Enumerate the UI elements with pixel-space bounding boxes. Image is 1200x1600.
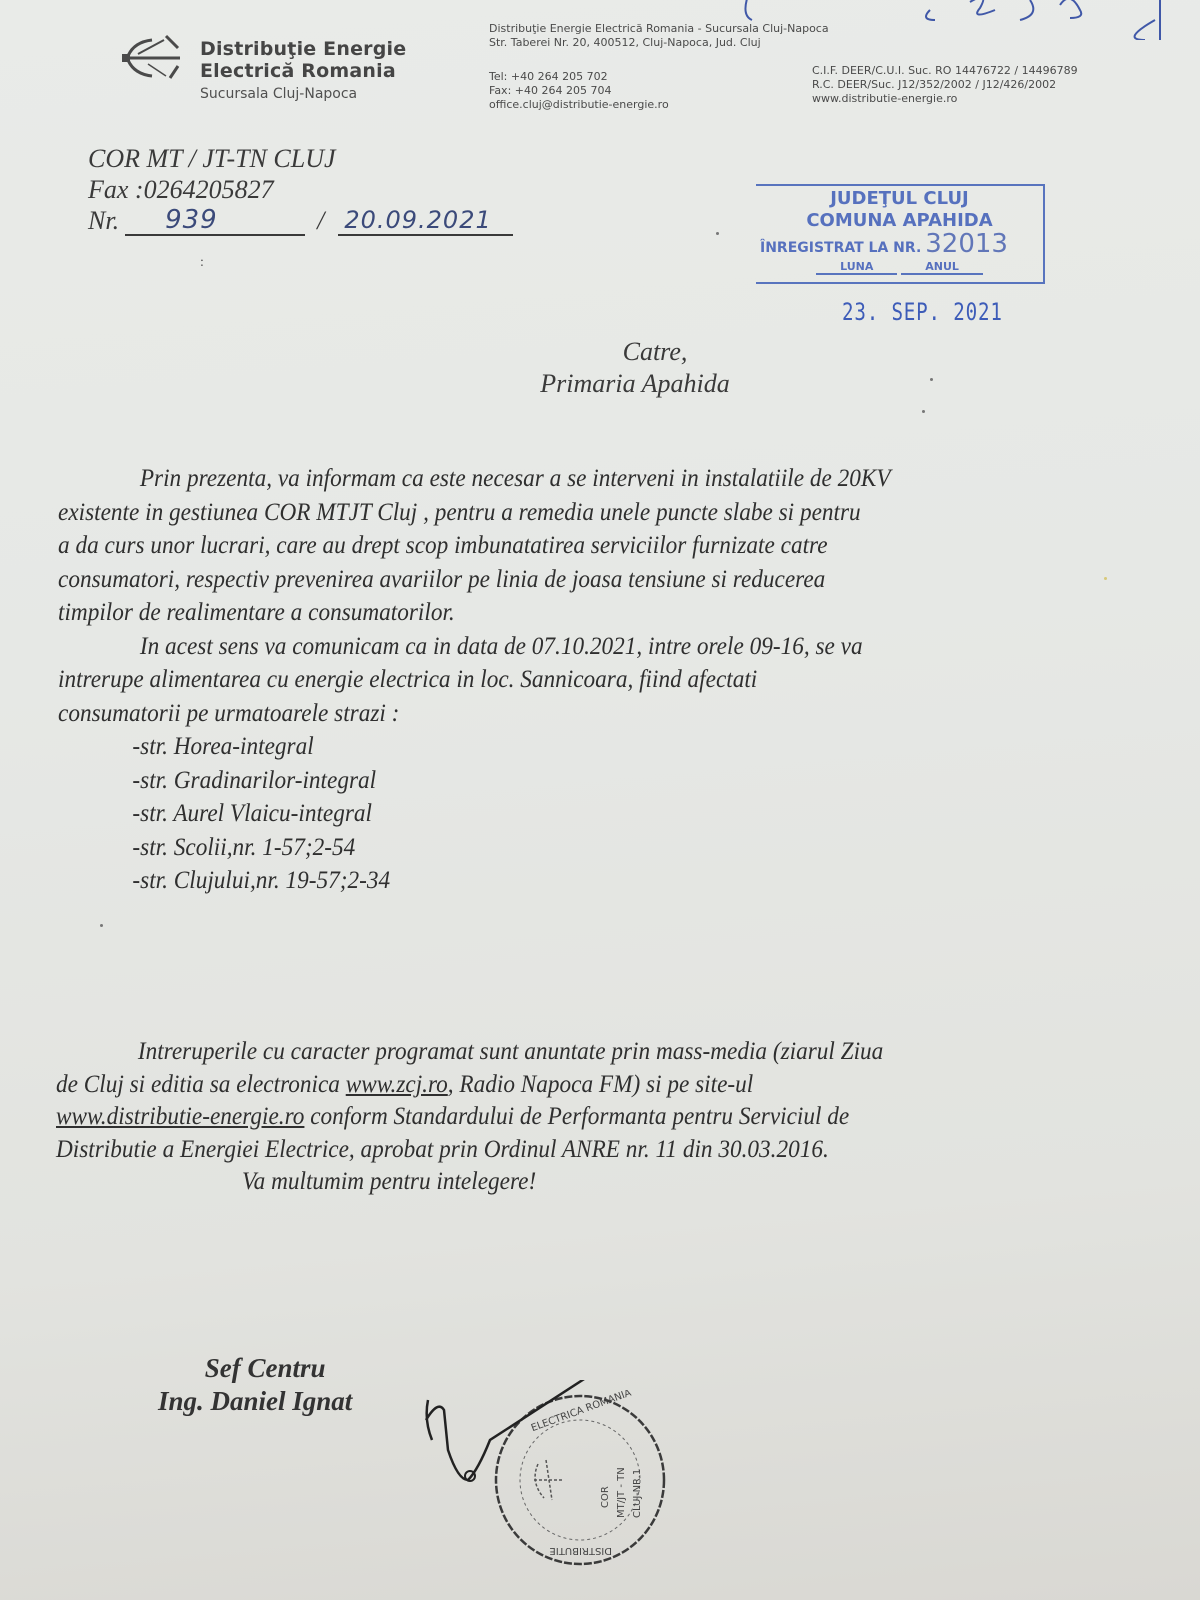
stray-mark: : [200, 255, 204, 271]
signer-name: Ing. Daniel Ignat [158, 1385, 352, 1418]
body-p3-line: Intreruperile cu caracter programat sunt… [56, 1036, 1126, 1069]
addressee-salutation: Catre, [505, 336, 765, 368]
company-website: www.distributie-energie.ro [812, 92, 1078, 106]
stamp-registered-label: ÎNREGISTRAT LA NR. [760, 240, 921, 256]
company-fax: Fax: +40 264 205 704 [489, 84, 669, 98]
speck [922, 410, 925, 413]
reference-nr-value: 939 [165, 205, 218, 236]
street-list-item: -str. Gradinarilor-integral [58, 764, 1128, 798]
company-full-name: Distribuţie Energie Electrică Romania - … [489, 22, 829, 36]
street-list-item: -str. Aurel Vlaicu-integral [58, 797, 1128, 831]
speck [1104, 577, 1107, 580]
stamp-registered-line: ÎNREGISTRAT LA NR.32013 [756, 232, 1043, 260]
link-distributie-energie[interactable]: www.distributie-energie.ro [56, 1103, 304, 1130]
body-p3-line: Distributie a Energiei Electrice, aproba… [56, 1134, 1126, 1167]
company-cif: C.I.F. DEER/C.U.I. Suc. RO 14476722 / 14… [812, 64, 1078, 78]
company-logo-icon [122, 32, 194, 84]
stamp-year-label: ANUL [901, 260, 983, 275]
stamp-month-year-line: LUNA ANUL [756, 260, 1043, 274]
reference-number-line: Nr. 939 / 20.09.2021 [88, 205, 513, 236]
letter-closing-paragraph: Intreruperile cu caracter programat sunt… [56, 1036, 1126, 1199]
reference-date-field: 20.09.2021 [338, 206, 513, 236]
reference-nr-label: Nr. [88, 205, 119, 236]
body-p3-line: de Cluj si editia sa electronica www.zcj… [56, 1069, 1126, 1102]
letter-body: Prin prezenta, va informam ca este neces… [58, 462, 1128, 898]
speck [716, 232, 719, 235]
addressee-block: Catre, Primaria Apahida [505, 336, 765, 400]
stamp-registration-number: 32013 [925, 229, 1008, 259]
company-email: office.cluj@distributie-energie.ro [489, 98, 669, 112]
reference-fax: Fax :0264205827 [88, 174, 513, 205]
body-p1-line: Prin prezenta, va informam ca este neces… [58, 462, 1128, 496]
reference-nr-field: 939 [125, 206, 305, 236]
brand-name-line2: Electrică Romania [200, 60, 406, 82]
company-address: Str. Taberei Nr. 20, 400512, Cluj-Napoca… [489, 36, 829, 50]
reference-block: COR MT / JT-TN CLUJ Fax :0264205827 Nr. … [88, 143, 513, 236]
body-p2-line: intrerupe alimentarea cu energie electri… [58, 663, 1128, 697]
body-p1-line: existente in gestiunea COR MTJT Cluj , p… [58, 496, 1128, 530]
body-p3-line: www.distributie-energie.ro conform Stand… [56, 1101, 1126, 1134]
body-p2-line: consumatorii pe urmatoarele strazi : [58, 697, 1128, 731]
stamp-month-label: LUNA [816, 260, 897, 275]
reference-separator: / [317, 205, 324, 236]
handwritten-signature-icon [418, 1380, 698, 1590]
brand-branch: Sucursala Cluj-Napoca [200, 84, 406, 104]
speck [100, 924, 103, 927]
company-registry-block: C.I.F. DEER/C.U.I. Suc. RO 14476722 / 14… [812, 64, 1078, 106]
addressee-name: Primaria Apahida [505, 368, 765, 400]
speck [930, 378, 933, 381]
registration-stamp: JUDEŢUL CLUJ COMUNA APAHIDA ÎNREGISTRAT … [756, 184, 1045, 284]
reference-department: COR MT / JT-TN CLUJ [88, 143, 513, 174]
stamp-date: 23. SEP. 2021 [842, 298, 1003, 326]
thanks-line: Va multumim pentru intelegere! [56, 1166, 1126, 1199]
body-p3-text: conform Standardului de Performanta pent… [304, 1103, 849, 1130]
body-p1-line: timpilor de realimentare a consumatorilo… [58, 596, 1128, 630]
company-tel: Tel: +40 264 205 702 [489, 70, 669, 84]
street-list-item: -str. Clujului,nr. 19-57;2-34 [58, 864, 1128, 898]
body-p1-line: consumatori, respectiv prevenirea avarii… [58, 563, 1128, 597]
link-zcj[interactable]: www.zcj.ro [346, 1071, 448, 1098]
brand-block: Distribuţie Energie Electrică Romania Su… [200, 38, 406, 104]
street-list-item: -str. Horea-integral [58, 730, 1128, 764]
body-p1-line: a da curs unor lucrari, care au drept sc… [58, 529, 1128, 563]
company-contact-block: Tel: +40 264 205 702 Fax: +40 264 205 70… [489, 70, 669, 112]
reference-date-value: 20.09.2021 [344, 205, 491, 236]
body-p2-line: In acest sens va comunicam ca in data de… [58, 630, 1128, 664]
brand-name-line1: Distribuţie Energie [200, 38, 406, 60]
company-address-block: Distribuţie Energie Electrică Romania - … [489, 22, 829, 50]
signer-title: Sef Centru [158, 1352, 352, 1385]
body-p3-text: , Radio Napoca FM) si pe site-ul [448, 1071, 753, 1098]
company-rc: R.C. DEER/Suc. J12/352/2002 / J12/426/20… [812, 78, 1078, 92]
street-list-item: -str. Scolii,nr. 1-57;2-54 [58, 831, 1128, 865]
signature-block: Sef Centru Ing. Daniel Ignat [158, 1352, 352, 1418]
stamp-county: JUDEŢUL CLUJ [756, 188, 1043, 210]
body-p3-text: de Cluj si editia sa electronica [56, 1071, 346, 1098]
